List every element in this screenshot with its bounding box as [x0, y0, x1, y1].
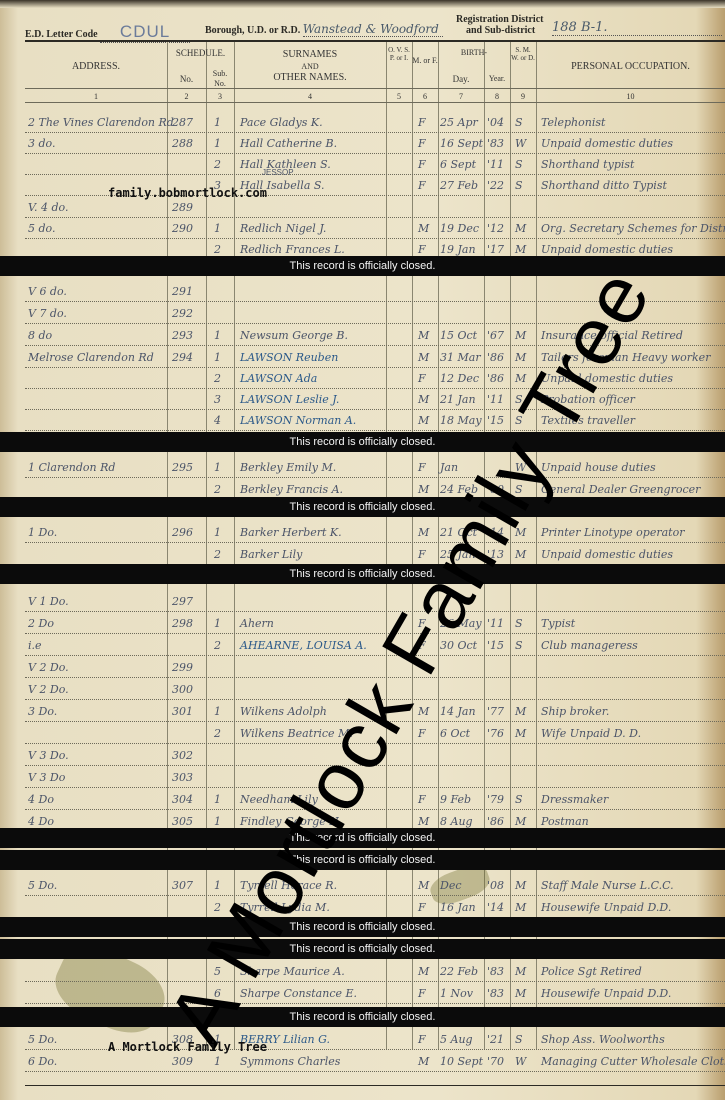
cell-status: S: [515, 483, 523, 496]
cell-schedule: 309: [172, 1055, 193, 1068]
cell-address: V 2 Do.: [28, 661, 69, 674]
cell-occupation: Unpaid house duties: [541, 461, 656, 474]
closed-record-banner: This record is officially closed.: [0, 564, 725, 584]
cell-day: 6 Sept: [440, 158, 476, 171]
reg-value-wrap: 188 B-1.: [552, 20, 722, 36]
cell-day: 31 Mar: [440, 351, 481, 364]
table-row: 2Hall Kathleen S.F6 Sept'11SShorthand ty…: [0, 155, 725, 175]
cell-address: 2 The Vines Clarendon Rd: [28, 116, 174, 129]
url-watermark: family.bobmortlock.com: [108, 186, 267, 200]
cell-day: 5 Aug: [440, 1033, 473, 1046]
cell-status: S: [515, 617, 523, 630]
row-rule: [25, 787, 725, 789]
cell-sub: 4: [214, 414, 221, 427]
closed-record-banner: This record is officially closed.: [0, 497, 725, 517]
cell-status: W: [515, 1055, 526, 1068]
cell-schedule: 288: [172, 137, 193, 150]
cell-status: M: [515, 727, 526, 740]
cell-day: 27 Feb: [440, 179, 478, 192]
cell-day: 8 Aug: [440, 815, 473, 828]
table-row: 1 Clarendon Rd2951Berkley Emily M.FJanWU…: [0, 458, 725, 478]
cell-name: LAWSON Reuben: [240, 351, 338, 364]
cell-address: 6 Do.: [28, 1055, 57, 1068]
cell-occupation: Insurance official Retired: [541, 329, 683, 342]
cell-sub: 1: [214, 1055, 221, 1068]
header-rule: [25, 40, 725, 42]
cell-sub: 2: [214, 639, 221, 652]
col-header-smwd: S. M. W. or D.: [511, 46, 535, 62]
col-number: 9: [510, 92, 536, 101]
register-page: E.D. Letter Code CDUL Borough, U.D. or R…: [0, 0, 725, 1100]
row-rule: [25, 743, 725, 745]
cell-occupation: Shorthand ditto Typist: [541, 179, 667, 192]
cell-address: 5 do.: [28, 222, 55, 235]
cell-year: '77: [487, 705, 504, 718]
cell-status: S: [515, 116, 523, 129]
cell-name: Redlich Frances L.: [240, 243, 345, 256]
cell-schedule: 300: [172, 683, 193, 696]
cell-status: M: [515, 548, 526, 561]
row-rule: [25, 477, 725, 479]
closed-record-banner: This record is officially closed.: [0, 939, 725, 959]
cell-sex: F: [418, 372, 426, 385]
cell-sex: M: [418, 526, 429, 539]
cell-day: 26 May: [440, 617, 482, 630]
cell-schedule: 293: [172, 329, 193, 342]
cell-name: LAWSON Norman A.: [240, 414, 356, 427]
cell-name: Hall Catherine B.: [240, 137, 337, 150]
cell-status: S: [515, 793, 523, 806]
cell-sex: F: [418, 901, 426, 914]
cell-schedule: 299: [172, 661, 193, 674]
cell-occupation: Tailors foreman Heavy worker: [541, 351, 710, 364]
cell-year: '22: [487, 179, 504, 192]
closed-record-banner: This record is officially closed.: [0, 850, 725, 870]
page-edge: [0, 0, 725, 8]
cell-name: Wilkens Beatrice M.: [240, 727, 353, 740]
ed-value: CDUL: [120, 22, 170, 41]
cell-sub: 1: [214, 116, 221, 129]
cell-sub: 2: [214, 483, 221, 496]
cell-day: 10 Sept: [440, 1055, 483, 1068]
cell-year: '13: [487, 548, 504, 561]
row-rule: [25, 677, 725, 679]
table-row: V 3 Do303: [0, 768, 725, 788]
heading-rule: [25, 88, 725, 90]
cell-schedule: 292: [172, 307, 193, 320]
cell-address: V 3 Do: [28, 771, 65, 784]
cell-sub: 1: [214, 705, 221, 718]
col-header-other-names: OTHER NAMES.: [234, 73, 386, 83]
cell-status: W: [515, 461, 526, 474]
col-number: 2: [167, 92, 206, 101]
cell-sub: 2: [214, 243, 221, 256]
cell-day: 19 Dec: [440, 222, 479, 235]
cell-name: Tyrrell Horace R.: [240, 879, 337, 892]
cell-name: Redlich Nigel J.: [240, 222, 326, 235]
cell-address: 4 Do: [28, 815, 54, 828]
table-row: 5 Do.3071Tyrrell Horace R.MDec'08MStaff …: [0, 876, 725, 896]
cell-name: Needham Lily: [240, 793, 318, 806]
cell-occupation: Wife Unpaid D. D.: [541, 727, 641, 740]
reg-label-2: and Sub-district: [456, 25, 543, 36]
col-number: 8: [484, 92, 510, 101]
table-row: 2Wilkens Beatrice M.F6 Oct'76MWife Unpai…: [0, 724, 725, 744]
cell-address: i.e: [28, 639, 42, 652]
cell-schedule: 297: [172, 595, 193, 608]
cell-status: M: [515, 705, 526, 718]
cell-day: 12 Dec: [440, 372, 479, 385]
cell-sub: 1: [214, 793, 221, 806]
cell-year: '86: [487, 815, 504, 828]
col-number: 5: [386, 92, 412, 101]
row-rule: [25, 633, 725, 635]
cell-schedule: 298: [172, 617, 193, 630]
row-rule: [25, 1071, 725, 1073]
cell-occupation: Textiles traveller: [541, 414, 635, 427]
cell-year: '79: [487, 793, 504, 806]
closed-record-banner: This record is officially closed.: [0, 1007, 725, 1027]
col-header-occupation: PERSONAL OCCUPATION.: [536, 62, 725, 72]
cell-day: Jan: [440, 461, 458, 474]
cell-day: 16 Jan: [440, 901, 476, 914]
cell-sex: F: [418, 243, 426, 256]
cell-name: Berkley Francis A.: [240, 483, 343, 496]
cell-sub: 2: [214, 727, 221, 740]
col-header-mf: M. or F.: [412, 56, 438, 66]
cell-occupation: Unpaid domestic duties: [541, 243, 673, 256]
cell-day: 19 Jan: [440, 243, 476, 256]
cell-status: S: [515, 414, 523, 427]
cell-status: M: [515, 243, 526, 256]
cell-sex: F: [418, 617, 426, 630]
cell-occupation: Unpaid domestic duties: [541, 548, 673, 561]
cell-year: '11: [487, 158, 504, 171]
cell-day: 24 Feb: [440, 483, 478, 496]
cell-sex: F: [418, 461, 426, 474]
table-row: 3LAWSON Leslie J.M21 Jan'11SProbation of…: [0, 390, 725, 410]
cell-schedule: 305: [172, 815, 193, 828]
cell-occupation: Housewife Unpaid D.D.: [541, 901, 671, 914]
cell-status: M: [515, 815, 526, 828]
table-row: 2Barker LilyF25 Jan'13MUnpaid domestic d…: [0, 545, 725, 565]
name-annotation: JESSOP: [262, 168, 294, 177]
cell-year: '04: [487, 116, 504, 129]
cell-year: '17: [487, 243, 504, 256]
table-row: 5 do.2901Redlich Nigel J.M19 Dec'12MOrg.…: [0, 219, 725, 239]
cell-schedule: 303: [172, 771, 193, 784]
cell-schedule: 301: [172, 705, 193, 718]
bottom-rule: [25, 1085, 725, 1086]
cell-sex: M: [418, 879, 429, 892]
cell-sub: 5: [214, 965, 221, 978]
row-rule: [25, 765, 725, 767]
cell-year: '14: [487, 901, 504, 914]
col-header-and: AND: [234, 62, 386, 72]
cell-sub: 1: [214, 461, 221, 474]
cell-sex: F: [418, 137, 426, 150]
cell-name: Symmons Charles: [240, 1055, 340, 1068]
cell-year: '83: [487, 965, 504, 978]
table-row: V 1 Do.297: [0, 592, 725, 612]
table-row: 2 Do2981AhernF26 May'11STypist: [0, 614, 725, 634]
cell-status: S: [515, 639, 523, 652]
cell-occupation: Dressmaker: [541, 793, 608, 806]
table-row: 1 Do.2961Barker Herbert K.M21 Oct'14MPri…: [0, 523, 725, 543]
cell-sex: M: [418, 815, 429, 828]
col-number: 10: [536, 92, 725, 101]
cell-address: 3 do.: [28, 137, 55, 150]
cell-day: 14 Jan: [440, 705, 476, 718]
cell-schedule: 294: [172, 351, 193, 364]
heading-rule: [25, 102, 725, 104]
cell-occupation: Org. Secretary Schemes for District Nurs…: [541, 222, 725, 235]
table-row: V 6 do.291: [0, 282, 725, 302]
cell-name: LAWSON Leslie J.: [240, 393, 339, 406]
cell-schedule: 295: [172, 461, 193, 474]
cell-address: 5 Do.: [28, 879, 57, 892]
table-row: 2 The Vines Clarendon Rd2871Pace Gladys …: [0, 113, 725, 133]
cell-year: '15: [487, 639, 504, 652]
borough-label: Borough, U.D. or R.D.: [205, 25, 300, 36]
cell-occupation: Housewife Unpaid D.D.: [541, 987, 671, 1000]
cell-schedule: 289: [172, 201, 193, 214]
table-row: 2Tyrrell Lydia M.F16 Jan'14MHousewife Un…: [0, 898, 725, 918]
cell-name: AHEARNE, LOUISA A.: [240, 639, 367, 652]
col-number: 4: [234, 92, 386, 101]
cell-name: LAWSON Ada: [240, 372, 317, 385]
col-number: 7: [438, 92, 484, 101]
cell-sub: 2: [214, 548, 221, 561]
col-header-birth: BIRTH-: [438, 48, 510, 58]
cell-sex: M: [418, 351, 429, 364]
cell-address: 1 Do.: [28, 526, 57, 539]
cell-year: '11: [487, 617, 504, 630]
table-row: 6 Do.3091Symmons CharlesM10 Sept'70WMana…: [0, 1052, 725, 1072]
row-rule: [25, 301, 725, 303]
cell-address: Melrose Clarendon Rd: [28, 351, 154, 364]
ed-label: E.D. Letter Code: [25, 29, 98, 40]
cell-name: Newsum George B.: [240, 329, 348, 342]
row-rule: [25, 1003, 725, 1005]
cell-schedule: 291: [172, 285, 193, 298]
cell-day: 30 Oct: [440, 639, 477, 652]
cell-sub: 1: [214, 329, 221, 342]
cell-address: V 2 Do.: [28, 683, 69, 696]
cell-day: 16 Sept: [440, 137, 483, 150]
table-row: i.e2AHEARNE, LOUISA A.F30 Oct'15SClub ma…: [0, 636, 725, 656]
cell-sex: M: [418, 483, 429, 496]
cell-day: 9 Feb: [440, 793, 471, 806]
cell-day: 1 Nov: [440, 987, 473, 1000]
cell-sex: M: [418, 393, 429, 406]
cell-occupation: Printer Linotype operator: [541, 526, 684, 539]
cell-occupation: Police Sgt Retired: [541, 965, 642, 978]
cell-day: 25 Apr: [440, 116, 478, 129]
closed-record-banner: This record is officially closed.: [0, 917, 725, 937]
cell-name: Wilkens Adolph: [240, 705, 327, 718]
cell-occupation: Unpaid domestic duties: [541, 137, 673, 150]
col-header-year: Year.: [484, 74, 510, 84]
cell-schedule: 296: [172, 526, 193, 539]
cell-day: 22 Feb: [440, 965, 478, 978]
cell-status: S: [515, 1033, 523, 1046]
cell-name: Berkley Emily M.: [240, 461, 336, 474]
col-header-address: ADDRESS.: [25, 62, 167, 72]
row-rule: [25, 895, 725, 897]
cell-day: 15 Oct: [440, 329, 477, 342]
cell-address: 5 Do.: [28, 1033, 57, 1046]
cell-address: V 1 Do.: [28, 595, 69, 608]
cell-sex: F: [418, 1033, 426, 1046]
cell-occupation: Club manageress: [541, 639, 638, 652]
row-rule: [25, 699, 725, 701]
col-header-day: Day.: [438, 74, 484, 84]
cell-sex: M: [418, 414, 429, 427]
cell-schedule: 287: [172, 116, 193, 129]
cell-occupation: Telephonist: [541, 116, 605, 129]
borough-value: Wanstead & Woodford: [303, 22, 439, 36]
cell-schedule: 302: [172, 749, 193, 762]
row-rule: [25, 611, 725, 613]
row-rule: [25, 981, 725, 983]
cell-sex: M: [418, 1055, 429, 1068]
cell-status: M: [515, 987, 526, 1000]
cell-status: M: [515, 965, 526, 978]
cell-sub: 6: [214, 987, 221, 1000]
cell-address: 2 Do: [28, 617, 54, 630]
row-rule: [25, 809, 725, 811]
cell-day: 6 Oct: [440, 727, 470, 740]
col-number: 6: [412, 92, 438, 101]
cell-sub: 1: [214, 617, 221, 630]
cell-year: '76: [487, 727, 504, 740]
cell-name: Sharpe Constance E.: [240, 987, 357, 1000]
col-number: 3: [206, 92, 234, 101]
cell-sub: 2: [214, 372, 221, 385]
footer-watermark: A Mortlock Family Tree: [108, 1040, 267, 1054]
cell-sub: 1: [214, 222, 221, 235]
table-row: V 3 Do.302: [0, 746, 725, 766]
col-header-no: No.: [167, 74, 206, 84]
cell-name: Ahern: [240, 617, 274, 630]
closed-record-banner: This record is officially closed.: [0, 256, 725, 276]
reg-value: 188 B-1.: [552, 20, 608, 35]
cell-sub: 2: [214, 901, 221, 914]
cell-address: V. 4 do.: [28, 201, 68, 214]
cell-sub: 2: [214, 158, 221, 171]
cell-name: Findley George H.: [240, 815, 342, 828]
cell-occupation: Probation officer: [541, 393, 635, 406]
col-header-schedule: SCHEDULE.: [167, 48, 234, 58]
row-rule: [25, 323, 725, 325]
table-row: 6Sharpe Constance E.F1 Nov'83MHousewife …: [0, 984, 725, 1004]
cell-status: S: [515, 158, 523, 171]
cell-occupation: Ship broker.: [541, 705, 609, 718]
cell-day: 21 Oct: [440, 526, 477, 539]
table-row: 4 Do3041Needham LilyF9 Feb'79SDressmaker: [0, 790, 725, 810]
table-row: 8 do2931Newsum George B.M15 Oct'67MInsur…: [0, 326, 725, 346]
table-row: 5Sharpe Maurice A.M22 Feb'83MPolice Sgt …: [0, 962, 725, 982]
cell-sex: F: [418, 158, 426, 171]
cell-address: V 7 do.: [28, 307, 67, 320]
cell-name: Barker Lily: [240, 548, 302, 561]
cell-name: Barker Herbert K.: [240, 526, 342, 539]
cell-day: 25 Jan: [440, 548, 476, 561]
cell-sex: M: [418, 329, 429, 342]
cell-address: V 6 do.: [28, 285, 67, 298]
cell-sex: F: [418, 987, 426, 1000]
borough: Borough, U.D. or R.D. Wanstead & Woodfor…: [205, 22, 443, 37]
cell-year: '08: [487, 879, 504, 892]
cell-occupation: Shorthand typist: [541, 158, 634, 171]
cell-occupation: Postman: [541, 815, 589, 828]
cell-address: 4 Do: [28, 793, 54, 806]
cell-year: '86: [487, 372, 504, 385]
cell-sex: F: [418, 548, 426, 561]
col-number: 1: [25, 92, 167, 101]
cell-status: M: [515, 372, 526, 385]
cell-sex: M: [418, 222, 429, 235]
row-rule: [25, 345, 725, 347]
cell-sub: 1: [214, 137, 221, 150]
cell-sub: 3: [214, 393, 221, 406]
table-row: 3 Do.3011Wilkens AdolphM14 Jan'77MShip b…: [0, 702, 725, 722]
row-rule: [25, 721, 725, 723]
table-row: V 2 Do.299: [0, 658, 725, 678]
cell-sex: F: [418, 727, 426, 740]
cell-sex: M: [418, 965, 429, 978]
cell-status: M: [515, 351, 526, 364]
table-row: 3 do.2881Hall Catherine B.F16 Sept'83WUn…: [0, 134, 725, 154]
cell-sub: 1: [214, 879, 221, 892]
cell-address: 3 Do.: [28, 705, 57, 718]
cell-address: 1 Clarendon Rd: [28, 461, 115, 474]
cell-sub: 1: [214, 815, 221, 828]
cell-year: '83: [487, 137, 504, 150]
cell-year: '70: [487, 1055, 504, 1068]
closed-record-banner: This record is officially closed.: [0, 432, 725, 452]
cell-day: 18 May: [440, 414, 482, 427]
cell-sex: F: [418, 639, 426, 652]
cell-name: Pace Gladys K.: [240, 116, 323, 129]
table-row: V. 4 do.289: [0, 198, 725, 218]
cell-occupation: General Dealer Greengrocer: [541, 483, 700, 496]
cell-address: 8 do: [28, 329, 52, 342]
cell-year: '12: [487, 222, 504, 235]
col-header-ovspi: O. V. S. P. or I.: [388, 46, 410, 62]
reg-label-1: Registration District: [456, 14, 543, 25]
cell-sex: F: [418, 179, 426, 192]
cell-sex: F: [418, 116, 426, 129]
cell-year: '67: [487, 329, 504, 342]
row-rule: [25, 542, 725, 544]
cell-occupation: Typist: [541, 617, 575, 630]
cell-year: '83: [487, 987, 504, 1000]
cell-schedule: 304: [172, 793, 193, 806]
cell-sex: M: [418, 705, 429, 718]
table-row: V 2 Do.300: [0, 680, 725, 700]
cell-year: '11: [487, 393, 504, 406]
cell-day: Dec: [440, 879, 462, 892]
table-row: 4LAWSON Norman A.M18 May'15STextiles tra…: [0, 411, 725, 431]
closed-record-banner: This record is officially closed.: [0, 828, 725, 848]
cell-sex: F: [418, 793, 426, 806]
cell-status: M: [515, 879, 526, 892]
cell-address: V 3 Do.: [28, 749, 69, 762]
col-header-surnames: SURNAMES: [234, 50, 386, 60]
cell-status: M: [515, 901, 526, 914]
